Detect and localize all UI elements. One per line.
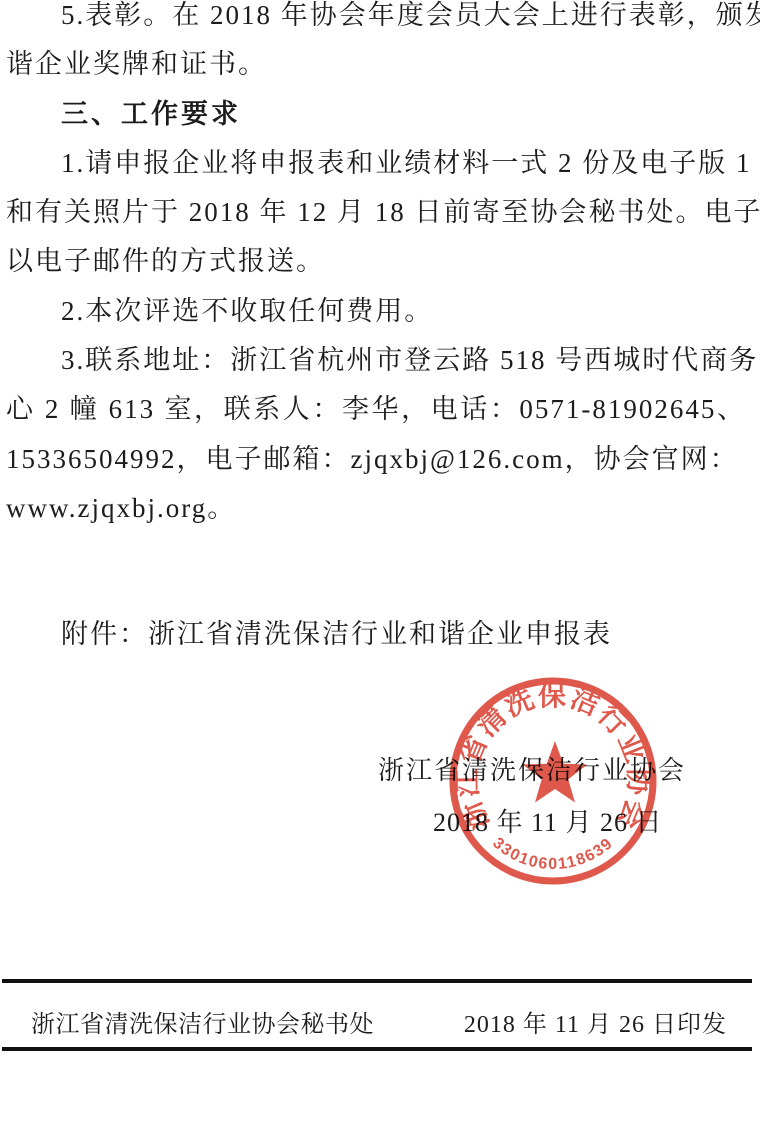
- seal-star-icon: [523, 741, 588, 803]
- body-line: 和有关照片于 2018 年 12 月 18 日前寄至协会秘书处。电子版可: [6, 188, 748, 237]
- body-line: 15336504992，电子邮箱：zjqxbj@126.com，协会官网：: [6, 435, 748, 484]
- body-line: 2.本次评选不收取任何费用。: [6, 287, 748, 336]
- footer-bottom-rule: [2, 1047, 752, 1051]
- body-line: 以电子邮件的方式报送。: [6, 237, 748, 286]
- official-seal-stamp: 浙江省清洗保洁行业协会 3301060118639: [443, 671, 663, 891]
- body-line: 1.请申报企业将申报表和业绩材料一式 2 份及电子版 1 份，: [6, 139, 748, 188]
- body-line: 三、工作要求: [6, 90, 748, 139]
- body-line: www.zjqxbj.org。: [6, 484, 748, 533]
- body-line: 谐企业奖牌和证书。: [6, 40, 748, 89]
- attachment-line: 附件：浙江省清洗保洁行业和谐企业申报表: [61, 612, 612, 651]
- body-text: 5.表彰。在 2018 年协会年度会员大会上进行表彰，颁发和谐企业奖牌和证书。三…: [6, 0, 748, 533]
- body-line: 心 2 幢 613 室，联系人：李华，电话：0571-81902645、: [6, 385, 748, 434]
- body-line: 5.表彰。在 2018 年协会年度会员大会上进行表彰，颁发和: [6, 0, 748, 40]
- body-line: 3.联系地址：浙江省杭州市登云路 518 号西城时代商务中: [6, 336, 748, 385]
- footer-top-rule: [2, 979, 752, 983]
- footer-print-date: 2018 年 11 月 26 日印发: [464, 1004, 727, 1039]
- document-page: 5.表彰。在 2018 年协会年度会员大会上进行表彰，颁发和谐企业奖牌和证书。三…: [0, 0, 760, 1135]
- footer-issuer: 浙江省清洗保洁行业协会秘书处: [31, 1004, 374, 1039]
